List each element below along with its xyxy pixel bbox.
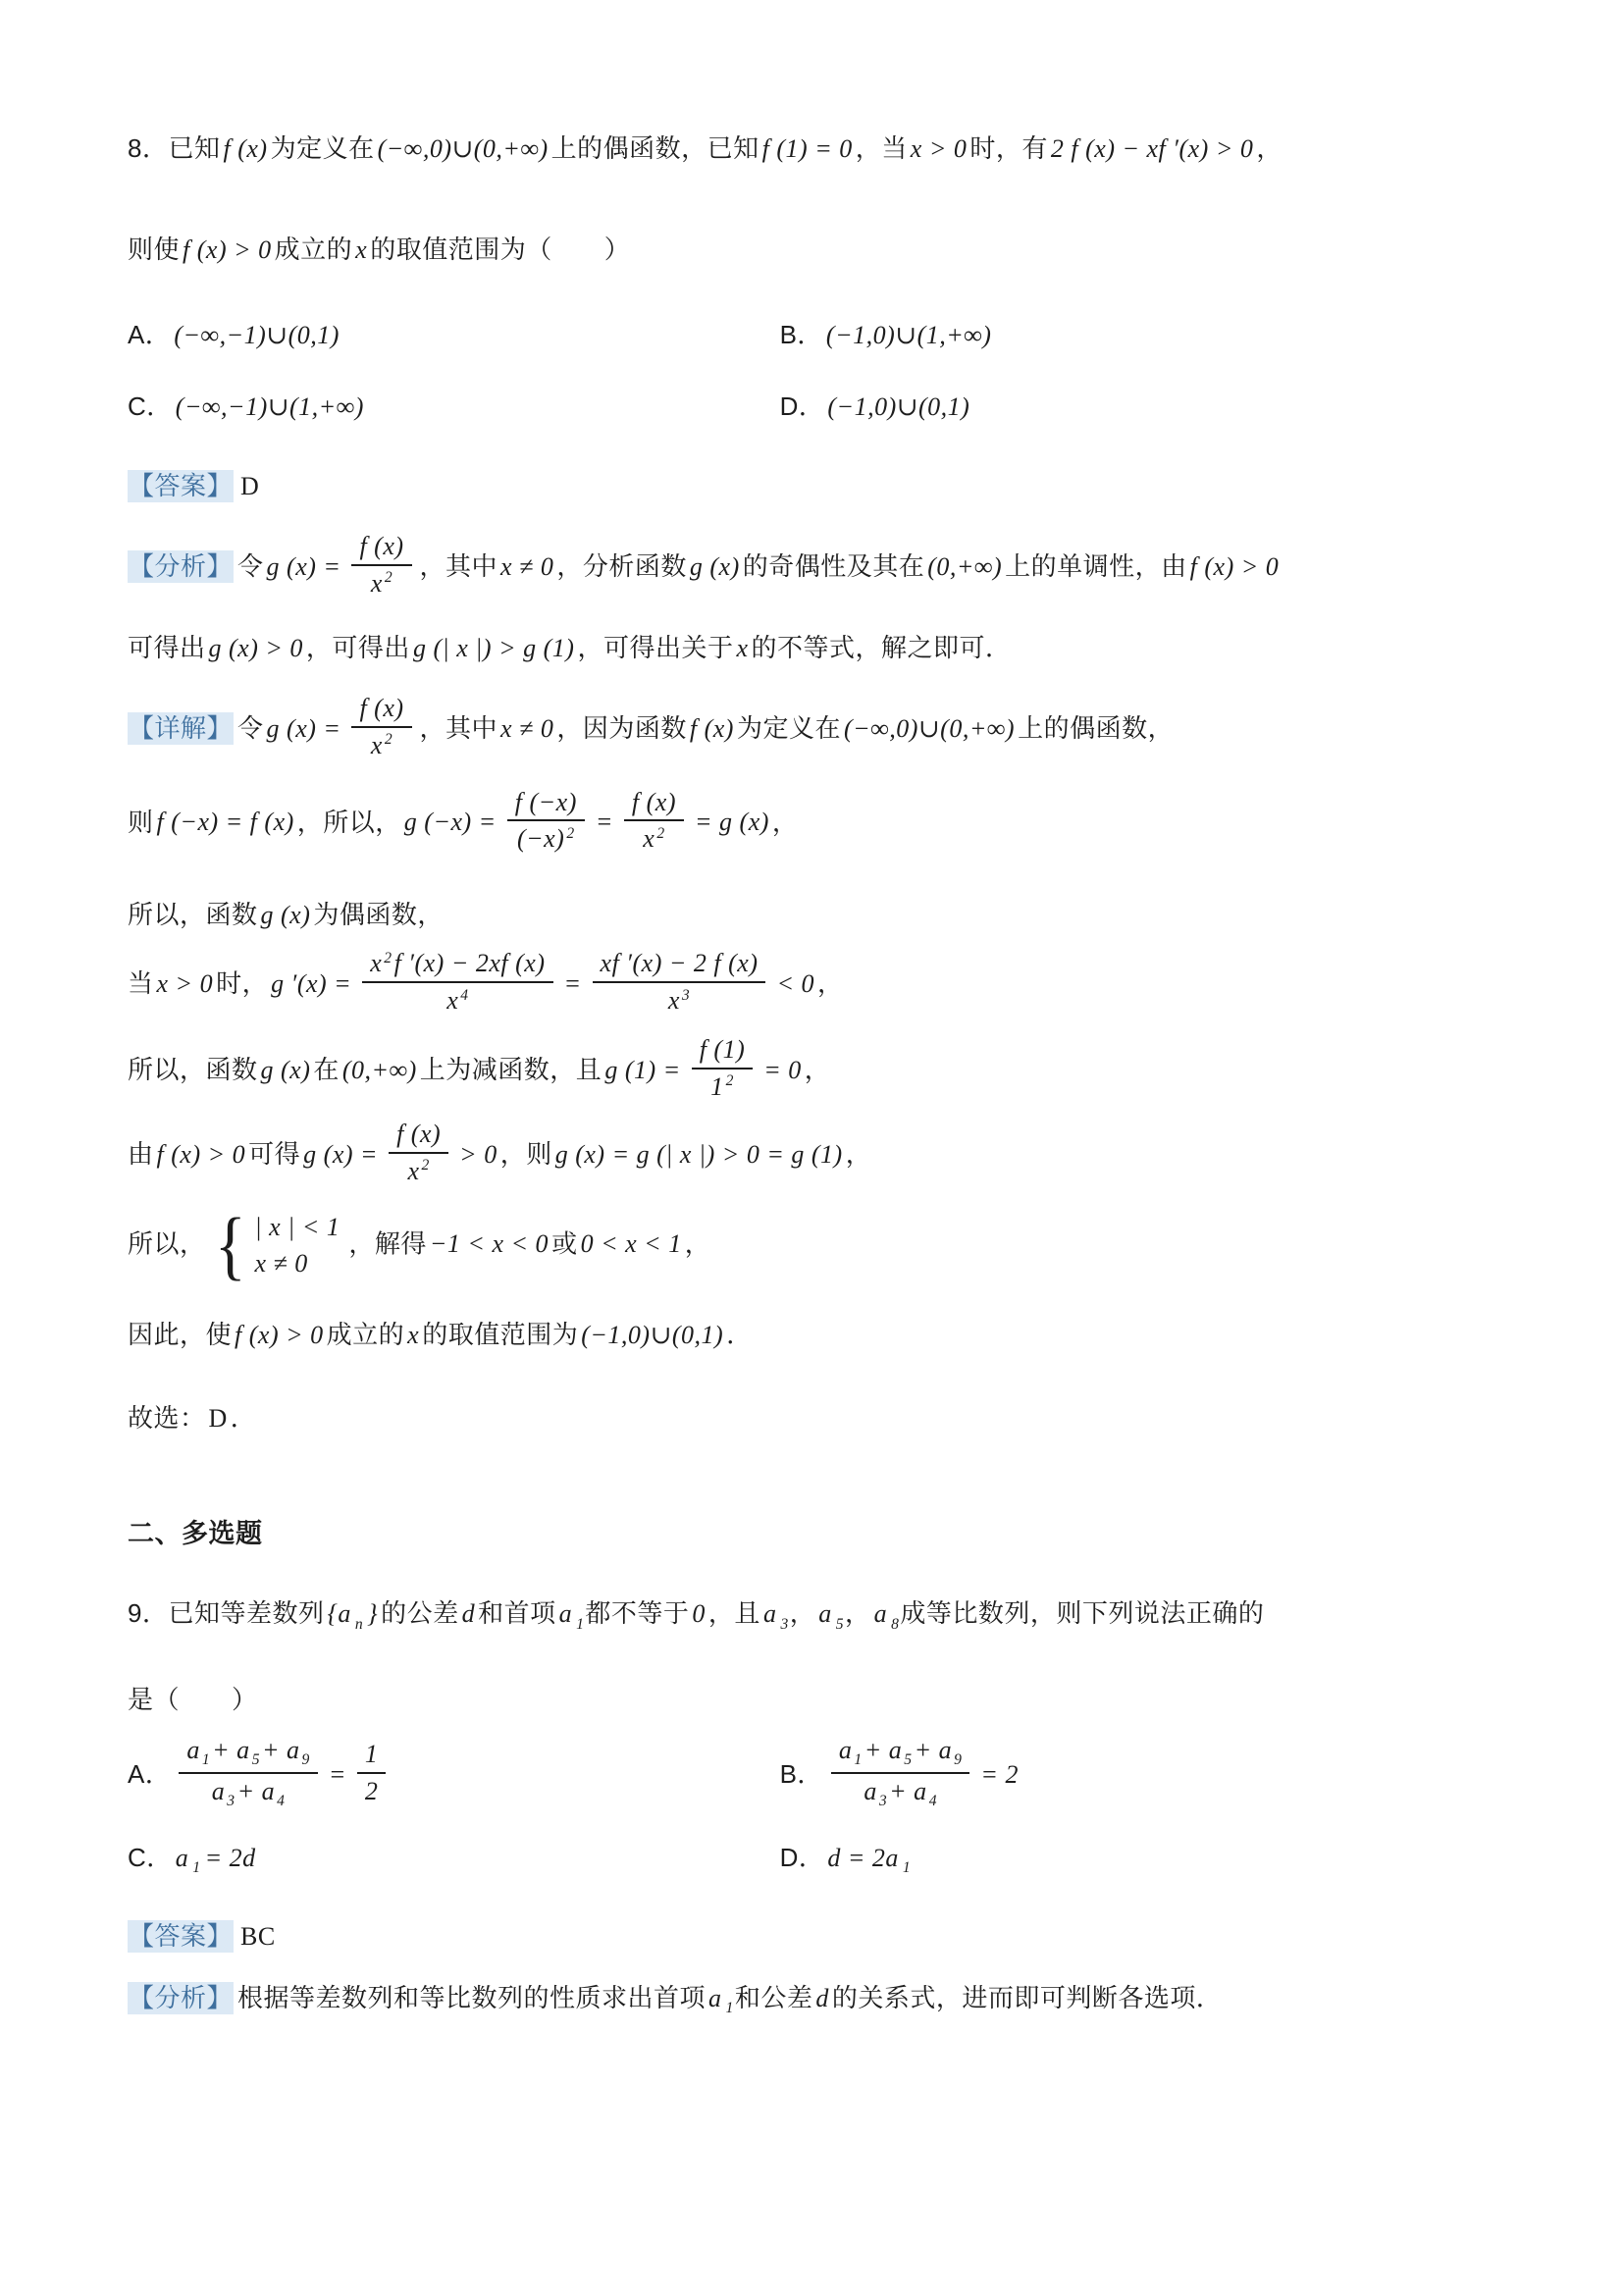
option-cell: D．d = 2a1	[780, 1839, 1515, 1880]
fraction: f (x)x2	[351, 694, 411, 760]
text-run: A．	[128, 320, 171, 349]
math-run: g (−x) =	[401, 808, 499, 836]
options-row: C．a1= 2dD．d = 2a1	[128, 1839, 1515, 1880]
math-run: x	[642, 824, 655, 853]
math-run: x	[667, 986, 681, 1015]
math-run: a	[706, 1984, 725, 2012]
math-run: f (x)	[358, 532, 404, 560]
numerator: x2f ′(x) − 2xf (x)	[362, 949, 552, 983]
numerator: a1+ a5+ a9	[831, 1736, 969, 1774]
math-run: a	[871, 1599, 891, 1628]
text-run: ，	[1256, 133, 1283, 163]
math-run: x ≠ 0	[497, 552, 556, 581]
text-run: ，解得	[348, 1228, 427, 1258]
text-run: 的奇偶性及其在	[743, 551, 925, 581]
answer-label: 【答案】	[128, 1920, 234, 1953]
superscript: 2	[383, 950, 393, 966]
numerator: f (x)	[389, 1120, 448, 1154]
subscript: 8	[890, 1616, 900, 1633]
math-run: a	[815, 1599, 835, 1628]
math-run: x > 0	[908, 134, 970, 163]
text-run: ，因为函数	[556, 713, 687, 743]
math-run: g (x) =	[300, 1140, 381, 1169]
text-run: ．	[231, 1403, 257, 1433]
math-run: a	[185, 1736, 201, 1764]
math-run: (−∞,−1)∪(1,+∞)	[173, 392, 367, 421]
math-run: 2 f (x) − xf ′(x) > 0	[1048, 134, 1256, 163]
math-run: (0,+∞)	[340, 1056, 420, 1084]
text-run: 上为减函数，且	[420, 1055, 602, 1084]
text-run: 时，	[216, 968, 268, 998]
math-run: d = 2a	[824, 1844, 902, 1872]
doc-line-10: 所以，函数g (x)为偶函数，	[128, 896, 1515, 934]
text-run: ，	[846, 1139, 872, 1169]
text-run: C．	[128, 391, 173, 421]
subscript: 5	[903, 1751, 913, 1768]
math-run: f (−x)	[514, 788, 578, 816]
math-run: a	[863, 1777, 878, 1805]
math-run: | x | < 1	[251, 1213, 342, 1241]
text-run: C．	[128, 1843, 173, 1872]
cases-row: x ≠ 0	[251, 1249, 342, 1278]
section-heading: 二、多选题	[128, 1514, 1515, 1554]
text-run: ，可得出	[306, 633, 410, 662]
superscript: 2	[725, 1072, 735, 1089]
text-run: 令	[237, 713, 264, 743]
doc-line-1: 8．已知f (x)为定义在(−∞,0)∪(0,+∞)上的偶函数，已知f (1) …	[128, 130, 1515, 168]
math-run: a	[556, 1599, 576, 1628]
denominator: x2	[406, 1154, 430, 1186]
text-run: ，	[805, 1055, 831, 1084]
doc-line-9: 则f (−x) = f (x)，所以，g (−x) =f (−x)(−x)2=f…	[128, 789, 1515, 860]
doc-line-22: 【答案】BC	[128, 1917, 1515, 1956]
math-run: g ′(x) =	[268, 969, 354, 998]
denominator: a3+ a4	[863, 1774, 938, 1810]
math-run: a	[760, 1599, 780, 1628]
math-run: 0	[689, 1599, 708, 1628]
text-run: 上的单调性，由	[1005, 551, 1187, 581]
math-run: }	[364, 1599, 381, 1628]
math-run: x ≠ 0	[497, 714, 556, 743]
denominator: x3	[667, 983, 691, 1016]
subscript: 5	[835, 1616, 845, 1633]
fraction: a1+ a5+ a9a3+ a4	[831, 1736, 969, 1810]
numerator: f (x)	[351, 532, 411, 566]
subscript: 1	[853, 1751, 863, 1768]
doc-line-23: 【分析】根据等差数列和等比数列的性质求出首项a1和公差d的关系式，进而即可判断各…	[128, 1979, 1515, 2020]
math-run: g (1) =	[602, 1056, 683, 1084]
cases-rows: | x | < 1x ≠ 0	[251, 1213, 342, 1278]
option-cell: A．(−∞,−1)∪(0,1)	[128, 316, 780, 354]
subscript: 9	[953, 1751, 963, 1768]
math-run: d	[459, 1599, 479, 1628]
text-run: 则使	[128, 235, 180, 264]
math-run: x	[369, 949, 383, 977]
math-run: x	[370, 569, 384, 598]
numerator: f (x)	[351, 694, 411, 728]
option-cell: B．a1+ a5+ a9a3+ a4= 2	[780, 1737, 1515, 1815]
math-run: f (x) > 0	[232, 1321, 327, 1349]
text-run: B．	[780, 320, 823, 349]
analysis-label: 【分析】	[128, 550, 234, 583]
superscript: 2	[565, 825, 575, 842]
subscript: 1	[191, 1859, 201, 1876]
option-cell: B．(−1,0)∪(1,+∞)	[780, 316, 1515, 354]
text-run: 时，有	[969, 133, 1048, 163]
text-run: ．	[726, 1320, 753, 1349]
denominator: 12	[709, 1070, 735, 1102]
math-run: x	[404, 1321, 422, 1349]
text-run: 因此，使	[128, 1320, 232, 1349]
doc-line-2: 则使f (x) > 0成立的x的取值范围为（ ）	[128, 231, 1515, 269]
superscript: 3	[681, 987, 691, 1004]
text-run: D．	[780, 391, 825, 421]
math-run: f (x) > 0	[154, 1140, 249, 1169]
doc-line-19: 是（ ）	[128, 1681, 1515, 1719]
text-run: ，其中	[420, 713, 498, 743]
denominator: x2	[642, 821, 665, 854]
text-run: 故选：	[128, 1403, 206, 1433]
math-run: d	[812, 1984, 832, 2012]
math-run: g (| x |) > g (1)	[410, 634, 578, 662]
cases-group: {| x | < 1x ≠ 0	[212, 1213, 343, 1278]
subscript: 1	[575, 1616, 585, 1633]
fraction: x2f ′(x) − 2xf (x)x4	[362, 949, 552, 1016]
option-cell: C．a1= 2d	[128, 1839, 780, 1880]
text-run: 是（ ）	[128, 1685, 258, 1714]
doc-line-12: 所以，函数g (x)在(0,+∞)上为减函数，且g (1) =f (1)12= …	[128, 1036, 1515, 1107]
superscript: 4	[459, 987, 469, 1004]
math-run: f (x) > 0	[180, 235, 275, 264]
text-run: 当	[128, 968, 154, 998]
math-run: (−1,0)∪(1,+∞)	[823, 321, 995, 349]
text-run: 的取值范围为（ ）	[370, 235, 630, 264]
math-run: f (x)	[220, 134, 270, 163]
math-run: g (x) =	[264, 552, 344, 581]
text-run: ，可得出关于	[577, 633, 733, 662]
superscript: 2	[655, 825, 665, 842]
text-run: 为偶函数，	[313, 900, 444, 929]
subscript: 9	[301, 1751, 311, 1768]
text-run: 所以，函数	[128, 900, 258, 929]
math-run: g (x) =	[264, 714, 344, 743]
math-run: g (x) > 0	[206, 634, 306, 662]
math-run: =	[326, 1760, 349, 1789]
subscript: 4	[276, 1793, 286, 1809]
text-run: 的关系式，进而即可判断各选项．	[832, 1983, 1223, 2012]
math-run: f (x) > 0	[1187, 552, 1283, 581]
numerator: xf ′(x) − 2 f (x)	[593, 949, 766, 983]
math-run: f (x)	[687, 714, 737, 743]
text-run: 和公差	[735, 1983, 813, 2012]
math-run: (−x)	[516, 824, 565, 853]
math-run: = 2	[977, 1760, 1021, 1789]
doc-line-14: 所以，{| x | < 1x ≠ 0，解得−1 < x < 0或0 < x < …	[128, 1213, 1515, 1278]
denominator: (−x)2	[516, 821, 576, 854]
denominator: x2	[370, 728, 393, 760]
subscript: 3	[226, 1793, 236, 1809]
math-run: = g (x)	[692, 808, 772, 836]
math-run: (−∞,0)∪(0,+∞)	[841, 714, 1018, 743]
math-run: =	[561, 969, 585, 998]
text-run: 成立的	[327, 1320, 405, 1349]
math-run: (−1,0)∪(0,1)	[824, 392, 972, 421]
doc-line-5: 【答案】D	[128, 467, 1515, 505]
text-run: A．	[128, 1759, 171, 1789]
text-run: 和首项	[478, 1598, 556, 1628]
subscript: 1	[201, 1751, 211, 1768]
text-run: ，	[845, 1598, 871, 1628]
text-run: 为定义在	[737, 713, 841, 743]
doc-line-13: 由f (x) > 0可得g (x) =f (x)x2> 0，则g (x) = g…	[128, 1121, 1515, 1191]
math-run: f (1)	[699, 1035, 747, 1064]
text-run: ，	[772, 807, 799, 836]
math-run: g (x) = g (| x |) > 0 = g (1)	[552, 1140, 846, 1169]
math-run: a	[211, 1777, 227, 1805]
math-run: −1 < x < 0	[427, 1229, 551, 1258]
text-run: ，分析函数	[556, 551, 687, 581]
text-run: ，	[790, 1598, 816, 1628]
numerator: f (x)	[624, 788, 684, 822]
math-run: + a	[914, 1736, 954, 1764]
math-run: + a	[888, 1777, 928, 1805]
math-run: f (x)	[631, 788, 677, 816]
math-run: g (x)	[258, 1056, 314, 1084]
text-run: ，当	[856, 133, 908, 163]
text-run: 由	[128, 1139, 154, 1169]
option-cell: A．a1+ a5+ a9a3+ a4=12	[128, 1737, 780, 1815]
analysis-label: 【分析】	[128, 1982, 234, 2014]
doc-line-15: 因此，使f (x) > 0成立的x的取值范围为(−1,0)∪(0,1)．	[128, 1316, 1515, 1354]
math-run: x	[352, 235, 370, 264]
doc-line-16: 故选：D．	[128, 1399, 1515, 1437]
text-run: 令	[237, 551, 264, 581]
math-run: =	[593, 808, 616, 836]
text-run: 所以，	[128, 1228, 206, 1258]
math-run: + a	[236, 1777, 277, 1805]
superscript: 2	[384, 569, 393, 586]
math-run: < 0	[773, 969, 817, 998]
text-run: 的不等式，解之即可．	[752, 633, 1012, 662]
text-run: ，所以，	[297, 807, 401, 836]
subscript: 3	[779, 1616, 789, 1633]
fraction: a1+ a5+ a9a3+ a4	[179, 1736, 317, 1810]
superscript: 2	[420, 1157, 430, 1174]
math-run: f (x)	[358, 694, 404, 722]
curly-brace-icon: {	[214, 1213, 245, 1278]
doc-line-6: 【分析】令g (x) =f (x)x2，其中x ≠ 0，分析函数g (x)的奇偶…	[128, 533, 1515, 603]
fraction: f (x)x2	[351, 532, 411, 599]
fraction: f (x)x2	[389, 1120, 448, 1186]
text-run: 8．已知	[128, 133, 220, 163]
answer-label: 【答案】	[128, 470, 234, 502]
numerator: f (−x)	[507, 788, 585, 822]
doc-line-11: 当x > 0时，g ′(x) =x2f ′(x) − 2xf (x)x4=xf …	[128, 950, 1515, 1020]
text-run: 成等比数列，则下列说法正确的	[900, 1598, 1264, 1628]
subscript: 1	[725, 2000, 735, 2016]
fraction: f (−x)(−x)2	[507, 788, 585, 855]
math-run: (−1,0)∪(0,1)	[578, 1321, 726, 1349]
document-page: 8．已知f (x)为定义在(−∞,0)∪(0,+∞)上的偶函数，已知f (1) …	[0, 0, 1623, 2296]
math-run: x	[733, 634, 751, 662]
subscript: n	[354, 1616, 364, 1633]
text-run: 的公差	[381, 1598, 459, 1628]
text-run: 成立的	[275, 235, 353, 264]
doc-line-18: 9．已知等差数列{an}的公差d和首项a1都不等于0，且a3，a5，a8成等比数…	[128, 1594, 1515, 1636]
math-run: = 2d	[202, 1844, 259, 1872]
math-run: g (x)	[687, 552, 743, 581]
math-run: + a	[864, 1736, 904, 1764]
math-run: a	[173, 1844, 192, 1872]
math-run: > 0	[456, 1140, 500, 1169]
math-run: f ′(x) − 2xf (x)	[393, 949, 547, 977]
superscript: 2	[384, 731, 393, 748]
answer-letter: D	[206, 1404, 231, 1433]
math-run: x > 0	[154, 969, 217, 998]
math-run: x	[406, 1157, 420, 1185]
cases-row: | x | < 1	[251, 1213, 342, 1242]
text-run: 为定义在	[271, 133, 375, 163]
math-run: x ≠ 0	[251, 1249, 310, 1278]
denominator: 2	[364, 1774, 380, 1806]
math-run: 0 < x < 1	[578, 1229, 685, 1258]
math-run: 2	[364, 1777, 380, 1805]
text-run: 二、多选题	[128, 1519, 263, 1548]
explanation-label: 【详解】	[128, 712, 234, 745]
text-run: ，其中	[420, 551, 498, 581]
answer-letter: BC	[237, 1922, 279, 1951]
math-run: + a	[261, 1736, 301, 1764]
text-run: 则	[128, 807, 154, 836]
text-run: B．	[780, 1759, 823, 1789]
text-run: 或	[551, 1228, 578, 1258]
math-run: x	[370, 731, 384, 759]
subscript: 1	[902, 1859, 912, 1876]
math-run: {a	[324, 1599, 353, 1628]
math-run: (0,+∞)	[924, 552, 1005, 581]
numerator: f (1)	[692, 1035, 754, 1070]
doc-line-7: 可得出g (x) > 0，可得出g (| x |) > g (1)，可得出关于x…	[128, 629, 1515, 667]
text-run: 上的偶函数，已知	[551, 133, 759, 163]
text-run: 所以，函数	[128, 1055, 258, 1084]
options-row: A．a1+ a5+ a9a3+ a4=12B．a1+ a5+ a9a3+ a4=…	[128, 1737, 1515, 1815]
fraction: xf ′(x) − 2 f (x)x3	[593, 949, 766, 1016]
math-run: + a	[211, 1736, 251, 1764]
math-run: = 0	[760, 1056, 805, 1084]
text-run: 可得	[248, 1139, 300, 1169]
text-run: 在	[313, 1055, 340, 1084]
text-run: D．	[780, 1843, 825, 1872]
math-run: f (x)	[395, 1120, 442, 1148]
text-run: ，且	[708, 1598, 760, 1628]
subscript: 3	[878, 1793, 888, 1809]
math-run: f (1) = 0	[759, 134, 856, 163]
text-run: ，则	[500, 1139, 552, 1169]
math-run: g (x)	[258, 901, 314, 929]
text-run: 可得出	[128, 633, 206, 662]
math-run: a	[838, 1736, 854, 1764]
subscript: 5	[251, 1751, 261, 1768]
text-run: ，	[685, 1228, 711, 1258]
math-run: (−∞,−1)∪(0,1)	[171, 321, 342, 349]
text-run: 9．已知等差数列	[128, 1598, 324, 1628]
numerator: a1+ a5+ a9	[179, 1736, 317, 1774]
denominator: a3+ a4	[211, 1774, 287, 1810]
math-run: (−∞,0)∪(0,+∞)	[375, 134, 551, 163]
answer-letter: D	[237, 472, 262, 500]
denominator: x2	[370, 566, 393, 599]
fraction: 12	[357, 1740, 387, 1806]
options-row: A．(−∞,−1)∪(0,1)B．(−1,0)∪(1,+∞)	[128, 316, 1515, 354]
math-run: 1	[709, 1072, 725, 1101]
subscript: 4	[928, 1793, 938, 1809]
math-run: 1	[364, 1740, 380, 1768]
text-run: ，	[817, 968, 844, 998]
math-run: f (−x) = f (x)	[154, 808, 297, 836]
doc-line-8: 【详解】令g (x) =f (x)x2，其中x ≠ 0，因为函数f (x)为定义…	[128, 695, 1515, 765]
text-run: 上的偶函数，	[1018, 713, 1174, 743]
math-run: xf ′(x) − 2 f (x)	[600, 949, 759, 977]
options-row: C．(−∞,−1)∪(1,+∞)D．(−1,0)∪(0,1)	[128, 388, 1515, 426]
fraction: f (1)12	[692, 1035, 754, 1102]
option-cell: C．(−∞,−1)∪(1,+∞)	[128, 388, 780, 426]
fraction: f (x)x2	[624, 788, 684, 855]
math-run: x	[445, 986, 459, 1015]
text-run: 都不等于	[585, 1598, 689, 1628]
denominator: x4	[445, 983, 469, 1016]
option-cell: D．(−1,0)∪(0,1)	[780, 388, 1515, 426]
numerator: 1	[357, 1740, 387, 1774]
text-run: 根据等差数列和等比数列的性质求出首项	[237, 1983, 706, 2012]
text-run: 的取值范围为	[422, 1320, 578, 1349]
